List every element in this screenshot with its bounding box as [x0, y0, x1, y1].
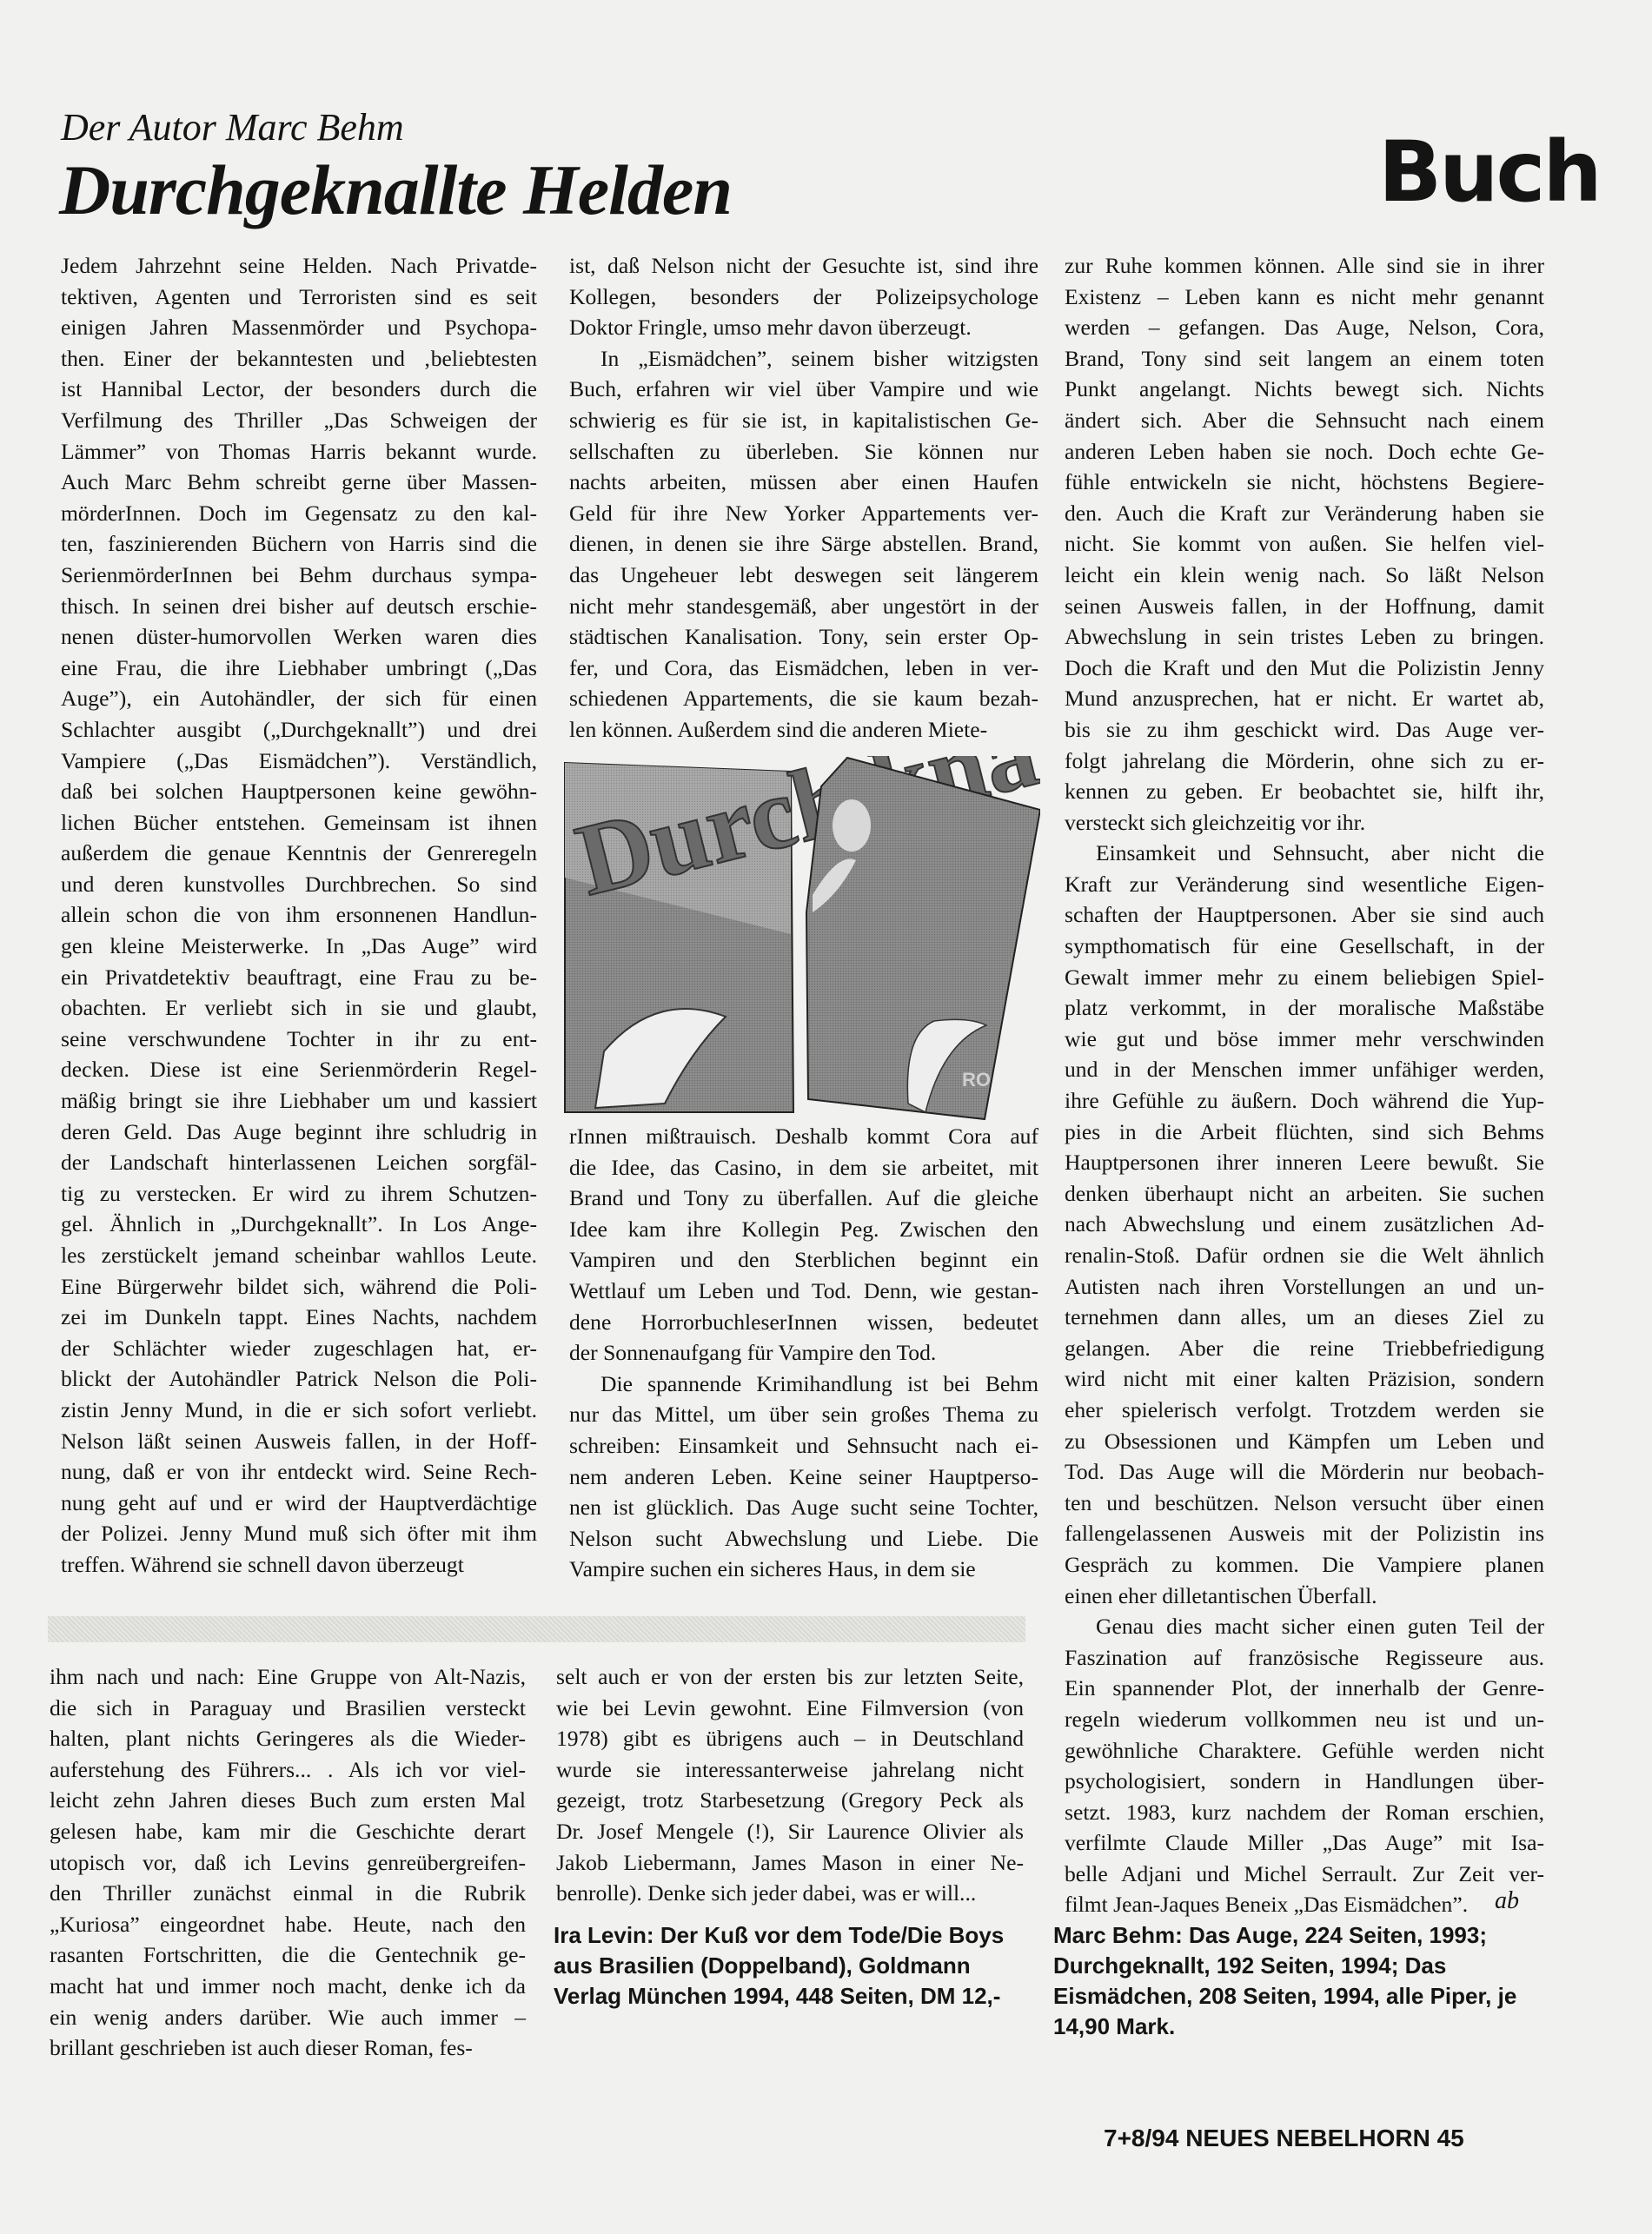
text-line: Auch Marc Behm schreibt gerne über Masse… — [61, 467, 537, 498]
text-line: Vampiren und den Sterblichen beginnt ein — [569, 1244, 1038, 1276]
text-line: denken überhaupt nicht an arbeiten. Sie … — [1065, 1178, 1544, 1210]
text-line: städtischen Kanalisation. Tony, sein ers… — [569, 621, 1038, 653]
text-line: filmt Jean-Jaques Beneix „Das Eismädchen… — [1065, 1889, 1544, 1920]
text-line: ten und beschützen. Nelson versucht über… — [1065, 1488, 1544, 1519]
text-line: nenen düster-humorvollen Werken waren di… — [61, 621, 537, 653]
continued-column-1: ihm nach und nach: Eine Gruppe von Alt-N… — [50, 1661, 526, 2064]
text-line: ändert sich. Aber die Sehnsucht nach ein… — [1065, 405, 1544, 436]
text-line: Genau dies macht sicher einen guten Teil… — [1065, 1611, 1544, 1642]
text-line: folgt jahrelang die Mörderin, ohne sich … — [1065, 746, 1544, 777]
text-line: platz verkommt, in der moralische Maßstä… — [1065, 992, 1544, 1024]
text-line: Existenz – Leben kann es nicht mehr gena… — [1065, 282, 1544, 313]
text-line: wurde sie interessanterweise jahrelang n… — [556, 1754, 1024, 1786]
text-line: seine verschwundene Tochter in ihr zu en… — [61, 1024, 537, 1055]
text-line: rInnen mißtrauisch. Deshalb kommt Cora a… — [569, 1121, 1038, 1152]
text-line: ihre Gefühle zu äußern. Doch während die… — [1065, 1085, 1544, 1117]
text-line: der Landschaft hinterlassenen Leichen so… — [61, 1147, 537, 1178]
text-line: Einsamkeit und Sehnsucht, aber nicht die — [1065, 838, 1544, 869]
text-line: Gespräch zu kommen. Die Vampiere planen — [1065, 1549, 1544, 1581]
text-line: halten, plant nichts Geringeres als die … — [50, 1723, 526, 1754]
paragraph: Genau dies macht sicher einen guten Teil… — [1065, 1611, 1544, 1920]
text-line: die Idee, das Casino, in dem sie arbeite… — [569, 1152, 1038, 1183]
text-line: auferstehung des Führers... . Als ich vo… — [50, 1754, 526, 1786]
text-line: Kollegen, besonders der Polizeipsycholog… — [569, 282, 1038, 313]
text-line: wie bei Levin gewohnt. Eine Filmversion … — [556, 1693, 1024, 1724]
text-line: schiedenen Appartements, die sie kaum be… — [569, 683, 1038, 714]
author-signature: ab — [1495, 1887, 1519, 1915]
text-line: benrolle). Denke sich jeder dabei, was e… — [556, 1878, 1024, 1909]
text-line: Verfilmung des Thriller „Das Schweigen d… — [61, 405, 537, 436]
text-line: Buch, erfahren wir viel über Vampire und… — [569, 374, 1038, 405]
text-line: fallengelassenen Ausweis mit der Polizis… — [1065, 1518, 1544, 1549]
text-line: und in der Menschen immer unfähiger werd… — [1065, 1054, 1544, 1085]
article-kicker: Der Autor Marc Behm — [61, 109, 404, 147]
article-column-2-bottom: rInnen mißtrauisch. Deshalb kommt Cora a… — [569, 1121, 1038, 1585]
text-line: dienen, in denen sie ihre Särge abstelle… — [569, 528, 1038, 560]
text-line: dene HorrorbuchleserInnen wissen, bedeut… — [569, 1307, 1038, 1338]
book-info-behm: Marc Behm: Das Auge, 224 Seiten, 1993; D… — [1053, 1920, 1533, 2042]
text-line: ternehmen dann alles, um an dieses Ziel … — [1065, 1302, 1544, 1333]
text-line: leicht zehn Jahren dieses Buch zum erste… — [50, 1785, 526, 1816]
text-line: regeln wiederum vollkommen neu ist und u… — [1065, 1704, 1544, 1735]
text-line: nicht mehr standesgemäß, aber ungestört … — [569, 591, 1038, 622]
text-line: ihm nach und nach: Eine Gruppe von Alt-N… — [50, 1661, 526, 1693]
text-line: nach Abwechslung und einem zusätzlichen … — [1065, 1209, 1544, 1240]
paragraph: zur Ruhe kommen können. Alle sind sie in… — [1065, 250, 1544, 838]
text-line: kennen zu geben. Er beobachtet sie, hilf… — [1065, 776, 1544, 807]
text-line: Brand und Tony zu überfallen. Auf die gl… — [569, 1183, 1038, 1214]
text-line: obachten. Er verliebt sich in sie und gl… — [61, 992, 537, 1024]
text-line: renalin-Stoß. Dafür ordnen sie die Welt … — [1065, 1240, 1544, 1271]
text-line: seinen Ausweis fallen, in der Hoffnung, … — [1065, 591, 1544, 622]
text-line: daß bei solchen Hauptpersonen keine gewö… — [61, 776, 537, 807]
text-line: ist, daß Nelson nicht der Gesuchte ist, … — [569, 250, 1038, 282]
text-line: zur Ruhe kommen können. Alle sind sie in… — [1065, 250, 1544, 282]
text-line: 1978) gibt es übrigens auch – in Deutsch… — [556, 1723, 1024, 1754]
text-line: utopisch vor, daß ich Levins genreübergr… — [50, 1847, 526, 1879]
text-line: schwierig es für sie ist, in kapitalisti… — [569, 405, 1038, 436]
text-line: schaften der Hauptpersonen. Aber sie sin… — [1065, 899, 1544, 931]
svg-text:RO: RO — [962, 1069, 991, 1090]
text-line: tektiven, Agenten und Terroristen sind e… — [61, 282, 537, 313]
text-line: Gewalt immer mehr zu einem beliebigen Sp… — [1065, 962, 1544, 993]
text-line: Doktor Fringle, umso mehr davon überzeug… — [569, 312, 1038, 343]
text-line: eher spielerisch verfolgt. Trotzdem werd… — [1065, 1395, 1544, 1426]
text-line: zei im Dunkeln tappt. Eines Nachts, nach… — [61, 1302, 537, 1333]
text-line: decken. Diese ist eine Serienmörderin Re… — [61, 1054, 537, 1085]
continued-column-2: selt auch er von der ersten bis zur letz… — [556, 1661, 1024, 1909]
text-line: schreiben: Einsamkeit und Sehnsucht nach… — [569, 1430, 1038, 1462]
text-line: nur das Mittel, um über sein großes Them… — [569, 1399, 1038, 1430]
text-line: Tod. Das Auge will die Mörderin nur beob… — [1065, 1456, 1544, 1488]
text-line: Schlachter ausgibt („Durchgeknallt”) und… — [61, 714, 537, 746]
paragraph: In „Eismädchen”, seinem bisher witzigste… — [569, 343, 1038, 746]
text-line: ein Privatdetektiv beauftragt, eine Frau… — [61, 962, 537, 993]
text-line: thisch. In seinen drei bisher auf deutsc… — [61, 591, 537, 622]
text-line: anderen Leben haben sie noch. Doch echte… — [1065, 436, 1544, 467]
text-line: leicht ein klein wenig nach. So läßt Nel… — [1065, 560, 1544, 591]
text-line: gelangen. Aber die reine Triebbefriedigu… — [1065, 1333, 1544, 1364]
text-line: Vampire suchen ein sicheres Haus, in dem… — [569, 1554, 1038, 1585]
text-line: Mund anzusprechen, hat er nicht. Er wart… — [1065, 683, 1544, 714]
text-line: mäßig bringt sie ihre Liebhaber um und k… — [61, 1085, 537, 1117]
text-line: Dr. Josef Mengele (!), Sir Laurence Oliv… — [556, 1816, 1024, 1847]
text-line: then. Einer der bekanntesten und ‚belieb… — [61, 343, 537, 375]
article-column-1: Jedem Jahrzehnt seine Helden. Nach Priva… — [61, 250, 537, 1581]
text-line: und deren kunstvolles Durchbrechen. So s… — [61, 869, 537, 900]
text-line: nem anderen Leben. Keine seiner Hauptper… — [569, 1462, 1038, 1493]
text-line: Brand, Tony sind seit langem an einem to… — [1065, 343, 1544, 375]
text-line: setzt. 1983, kurz nachdem der Roman ersc… — [1065, 1797, 1544, 1828]
text-line: außerdem die genaue Kenntnis der Genrere… — [61, 838, 537, 869]
text-line: fer, und Cora, das Eismädchen, leben in … — [569, 653, 1038, 684]
text-line: SerienmörderInnen bei Behm durchaus symp… — [61, 560, 537, 591]
text-line: Jedem Jahrzehnt seine Helden. Nach Priva… — [61, 250, 537, 282]
text-line: nung geht auf und er wird der Hauptverdä… — [61, 1488, 537, 1519]
page-footer: 7+8/94 NEUES NEBELHORN 45 — [1104, 2125, 1464, 2152]
text-line: die sich in Paraguay und Brasilien verst… — [50, 1693, 526, 1724]
text-line: das Ungeheuer lebt deswegen seit längere… — [569, 560, 1038, 591]
text-line: brillant geschrieben ist auch dieser Rom… — [50, 2032, 526, 2064]
book-covers-image: Durch knallt RO — [561, 756, 1040, 1130]
text-line: lichen Bücher entstehen. Gemeinsam ist i… — [61, 807, 537, 839]
text-line: Doch die Kraft und den Mut die Polizisti… — [1065, 653, 1544, 684]
text-line: ten, faszinierenden Büchern von Harris s… — [61, 528, 537, 560]
paragraph: rInnen mißtrauisch. Deshalb kommt Cora a… — [569, 1121, 1038, 1369]
text-line: nicht. Sie kommt von außen. Sie helfen v… — [1065, 528, 1544, 560]
text-line: gewöhnliche Charaktere. Gefühle werden n… — [1065, 1735, 1544, 1767]
text-line: nachts arbeiten, müssen aber einen Haufe… — [569, 467, 1038, 498]
text-line: der Sonnenaufgang für Vampire den Tod. — [569, 1337, 1038, 1369]
text-line: Vampiere („Das Eismädchen”). Verständlic… — [61, 746, 537, 777]
text-line: nung, daß er von ihr entdeckt wird. Sein… — [61, 1456, 537, 1488]
text-line: In „Eismädchen”, seinem bisher witzigste… — [569, 343, 1038, 375]
text-line: Faszination auf französische Regisseure … — [1065, 1642, 1544, 1674]
text-line: gezeigt, trotz Starbesetzung (Gregory Pe… — [556, 1785, 1024, 1816]
text-line: mörderInnen. Doch im Gegensatz zu den ka… — [61, 498, 537, 529]
text-line: werden – gefangen. Das Auge, Nelson, Cor… — [1065, 312, 1544, 343]
text-line: allein schon die von ihm ersonnenen Hand… — [61, 899, 537, 931]
text-line: macht hat und immer noch macht, denke ic… — [50, 1971, 526, 2002]
text-line: Ein spannender Plot, der innerhalb der G… — [1065, 1673, 1544, 1704]
text-line: blickt der Autohändler Patrick Nelson di… — [61, 1363, 537, 1395]
text-line: Wettlauf um Leben und Tod. Denn, wie ges… — [569, 1276, 1038, 1307]
text-line: Idee kam ihre Kollegin Peg. Zwischen den — [569, 1214, 1038, 1245]
text-line: verfilmte Claude Miller „Das Auge” mit I… — [1065, 1827, 1544, 1859]
text-line: selt auch er von der ersten bis zur letz… — [556, 1661, 1024, 1693]
paragraph: ist, daß Nelson nicht der Gesuchte ist, … — [569, 250, 1038, 343]
text-line: Hauptpersonen ihrer inneren Leere bewußt… — [1065, 1147, 1544, 1178]
text-line: „Kuriosa” eingeordnet habe. Heute, nach … — [50, 1909, 526, 1940]
text-line: les zerstückelt jemand scheinbar wahllos… — [61, 1240, 537, 1271]
book-info-levin: Ira Levin: Der Kuß vor dem Tode/Die Boys… — [554, 1920, 1023, 2012]
text-line: sellschaften zu überleben. Sie können nu… — [569, 436, 1038, 467]
text-line: Jakob Liebermann, James Mason in einer N… — [556, 1847, 1024, 1879]
text-line: einigen Jahren Massenmörder und Psychopa… — [61, 312, 537, 343]
text-line: Die spannende Krimihandlung ist bei Behm — [569, 1369, 1038, 1400]
text-line: Kraft zur Veränderung sind wesentliche E… — [1065, 869, 1544, 900]
text-line: pies in die Arbeit flüchten, sind sich B… — [1065, 1117, 1544, 1148]
section-rubric: Buch — [1378, 130, 1600, 214]
article-column-3: zur Ruhe kommen können. Alle sind sie in… — [1065, 250, 1544, 1920]
text-line: der Schlächter wieder zugeschlagen hat, … — [61, 1333, 537, 1364]
text-line: treffen. Während sie schnell davon überz… — [61, 1549, 537, 1581]
text-line: sympthomatisch für eine Gesellschaft, in… — [1065, 931, 1544, 962]
text-line: der Polizei. Jenny Mund muß sich öfter m… — [61, 1518, 537, 1549]
text-line: psychologisiert, sondern in Handlungen ü… — [1065, 1766, 1544, 1797]
text-line: wie gut und böse immer mehr verschwinden — [1065, 1024, 1544, 1055]
text-line: gel. Ähnlich in „Durchgeknallt”. In Los … — [61, 1209, 537, 1240]
text-line: Nelson sucht Abwechslung und Liebe. Die — [569, 1523, 1038, 1555]
book-covers-photo: Durch knallt RO — [561, 756, 1040, 1130]
text-line: fühle entwickeln sie nicht, höchstens Be… — [1065, 467, 1544, 498]
text-line: zistin Jenny Mund, in die er sich sofort… — [61, 1395, 537, 1426]
text-line: Punkt angelangt. Nichts bewegt sich. Nic… — [1065, 374, 1544, 405]
text-line: ein wenig anders darüber. Wie auch immer… — [50, 2002, 526, 2033]
text-line: versteckt sich gleichzeitig vor ihr. — [1065, 807, 1544, 839]
text-line: Geld für ihre New Yorker Appartements ve… — [569, 498, 1038, 529]
text-line: nen ist glücklich. Das Auge sucht seine … — [569, 1492, 1038, 1523]
text-line: bis sie zu ihm geschickt wird. Das Auge … — [1065, 714, 1544, 746]
text-line: Lämmer” von Thomas Harris bekannt wurde. — [61, 436, 537, 467]
article-column-2-top: ist, daß Nelson nicht der Gesuchte ist, … — [569, 250, 1038, 746]
text-line: wird nicht mit einer kalten Präzision, s… — [1065, 1363, 1544, 1395]
text-line: gen kleine Meisterwerke. In „Das Auge” w… — [61, 931, 537, 962]
text-line: zu Obsessionen und Kämpfen um Leben und — [1065, 1426, 1544, 1457]
text-line: den. Auch die Kraft zur Veränderung habe… — [1065, 498, 1544, 529]
text-line: belle Adjani und Michel Serrault. Zur Ze… — [1065, 1859, 1544, 1890]
text-line: rasanten Fortschritten, die die Gentechn… — [50, 1939, 526, 1971]
text-line: Autisten nach ihren Vorstellungen an und… — [1065, 1271, 1544, 1303]
text-line: len können. Außerdem sind die anderen Mi… — [569, 714, 1038, 746]
text-line: Nelson läßt seinen Ausweis fallen, in de… — [61, 1426, 537, 1457]
text-line: gelesen habe, kam mir die Geschichte der… — [50, 1816, 526, 1847]
text-line: Abwechslung in sein tristes Leben zu bri… — [1065, 621, 1544, 653]
text-line: deren Geld. Das Auge beginnt ihre schlud… — [61, 1117, 537, 1148]
text-line: eine Frau, die ihre Liebhaber umbringt (… — [61, 653, 537, 684]
text-line: tig zu verstecken. Er wird zu ihrem Schu… — [61, 1178, 537, 1210]
text-line: Eine Bürgerwehr bildet sich, während die… — [61, 1271, 537, 1303]
text-line: einen eher dilletantischen Überfall. — [1065, 1581, 1544, 1612]
article-headline: Durchgeknallte Helden — [59, 155, 732, 226]
text-line: Auge”), ein Autohändler, der sich für ei… — [61, 683, 537, 714]
text-line: den Thriller zunächst einmal in die Rubr… — [50, 1878, 526, 1909]
paragraph: Einsamkeit und Sehnsucht, aber nicht die… — [1065, 838, 1544, 1611]
section-divider — [48, 1616, 1025, 1642]
paragraph: Die spannende Krimihandlung ist bei Behm… — [569, 1369, 1038, 1585]
text-line: ist Hannibal Lector, der besonders durch… — [61, 374, 537, 405]
